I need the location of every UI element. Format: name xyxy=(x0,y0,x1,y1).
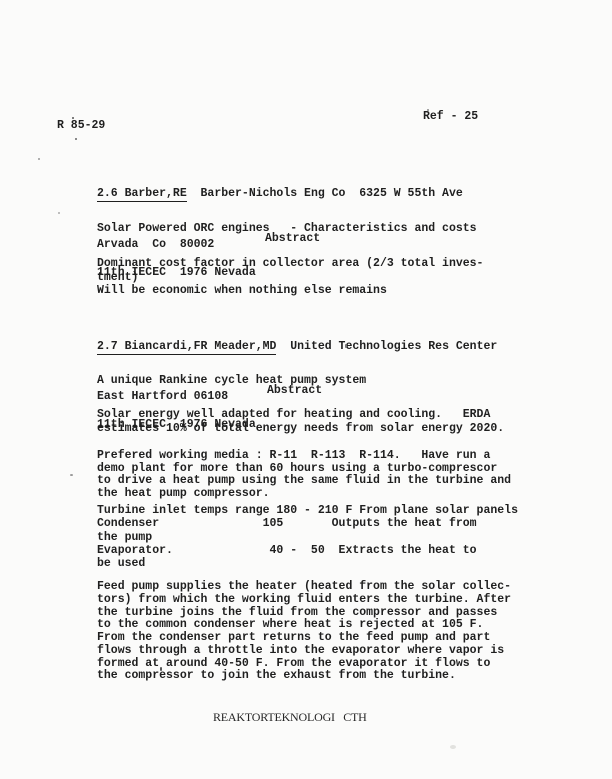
scan-speck xyxy=(345,344,347,348)
entry2-abstract-p2-text: Prefered working media : R-11 R-113 R-11… xyxy=(97,450,511,500)
scan-speck xyxy=(70,474,73,476)
entry2-title: A unique Rankine cycle heat pump system xyxy=(97,374,366,389)
report-number: R 85-29 xyxy=(57,119,105,132)
entry2-title-block: A unique Rankine cycle heat pump system … xyxy=(97,345,366,461)
entry2-abstract-heading: Abstract xyxy=(267,384,322,397)
ref-number: Ref - 25 xyxy=(423,110,478,123)
scan-speck xyxy=(450,745,456,749)
entry1-abstract: Dominant cost factor in collector area (… xyxy=(97,257,483,298)
scan-speck xyxy=(72,117,74,119)
scanned-document-page: R 85-29 Ref - 25 2.6 Barber,RE Barber-Ni… xyxy=(0,0,612,779)
entry2-abstract-paragraph-2: Prefered working media : R-11 R-113 R-11… xyxy=(97,450,511,500)
scan-speck xyxy=(160,667,162,671)
entry2-temperature-table-text: Turbine inlet temps range 180 - 210 F Fr… xyxy=(97,504,518,570)
scan-speck xyxy=(58,212,60,214)
entry1-abstract-heading: Abstract xyxy=(265,232,320,245)
entry2-abstract-paragraph-1: Solar energy well adapted for heating an… xyxy=(97,408,504,435)
entry2-abstract-p1-text: Solar energy well adapted for heating an… xyxy=(97,408,504,435)
scan-speck xyxy=(38,158,40,160)
entry1-abstract-text: Dominant cost factor in collector area (… xyxy=(97,257,483,298)
scan-speck xyxy=(427,109,429,111)
scan-speck xyxy=(75,138,77,140)
footer-department: REAKTORTEKNOLOGI CTH xyxy=(213,710,367,725)
entry2-temperature-table: Turbine inlet temps range 180 - 210 F Fr… xyxy=(97,504,518,570)
